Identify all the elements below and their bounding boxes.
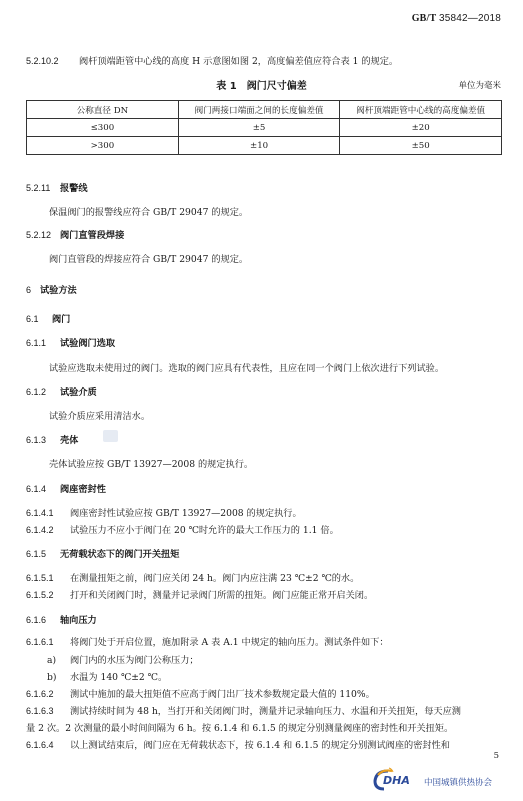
column-header: 阀杆顶端距管中心线的高度偏差值: [340, 101, 502, 119]
clause-number: 6.1.6.3: [26, 706, 70, 716]
clause-number: 6.1.6.2: [26, 689, 70, 699]
column-header: 阀门两接口端面之间的长度偏差值: [178, 101, 340, 119]
column-header: 公称直径 DN: [27, 101, 179, 119]
clause-number: 6.1.5.1: [26, 573, 70, 583]
table-cell: ±50: [340, 137, 502, 155]
dha-logo: DHA 中国城镇供热协会: [372, 767, 512, 793]
clause-6-1-4-1: 6.1.4.1阀座密封性试验应按 GB/T 13927—2008 的规定执行。: [26, 505, 302, 519]
clause-6-1-6-3-cont: 量 2 次。2 次测量的最小时间间隔为 6 h。按 6.1.4 和 6.1.5 …: [26, 720, 453, 734]
heading-title: 轴向压力: [60, 615, 97, 626]
clause-number: 6.1.6.1: [26, 637, 70, 647]
heading-number: 6.1.1: [26, 338, 60, 348]
table-caption: 表 1 阀门尺寸偏差: [0, 77, 523, 92]
clause-text: 测试持续时间为 48 h，当打开和关闭阀门时，测量并记录轴向压力、水温和开关扭矩…: [70, 706, 461, 717]
heading-number: 5.2.12: [26, 230, 60, 240]
clause-6-1-6-1: 6.1.6.1将阀门处于开启位置，施加附录 A 表 A.1 中规定的轴向压力。测…: [26, 634, 389, 648]
table-cell: >300: [27, 137, 179, 155]
logo-org-name: 中国城镇供热协会: [424, 776, 492, 788]
heading-number: 6: [26, 285, 40, 295]
heading-6-1-5: 6.1.5无荷载状态下的阀门开关扭矩: [26, 546, 179, 560]
heading-6-1: 6.1阀门: [26, 311, 70, 325]
clause-number: 6.1.4.2: [26, 525, 70, 535]
page-number: 5: [494, 751, 499, 761]
heading-title: 试验阀门选取: [60, 338, 115, 349]
clause-text: 将阀门处于开启位置，施加附录 A 表 A.1 中规定的轴向压力。测试条件如下：: [70, 637, 389, 648]
clause-6-1-6-4: 6.1.6.4以上测试结束后，阀门应在无荷载状态下，按 6.1.4 和 6.1.…: [26, 737, 450, 751]
list-label: b): [47, 672, 70, 683]
clause-6-1-5-2: 6.1.5.2打开和关闭阀门时，测量并记录阀门所需的扭矩。阀门应能正常开启关闭。: [26, 587, 373, 601]
heading-title: 试验介质: [60, 387, 97, 398]
standard-number: 35842—2018: [439, 13, 501, 24]
heading-number: 6.1.3: [26, 435, 60, 445]
heading-number: 6.1: [26, 314, 52, 324]
heading-6-1-4: 6.1.4阀座密封性: [26, 481, 106, 495]
clause-6-1-5-1: 6.1.5.1在测量扭矩之前，阀门应关闭 24 h。阀门内应注满 23 ℃±2 …: [26, 570, 359, 584]
heading-title: 阀门: [52, 314, 70, 325]
watermark-smudge: [103, 430, 118, 442]
heading-number: 5.2.11: [26, 183, 60, 193]
heading-title: 无荷载状态下的阀门开关扭矩: [60, 549, 179, 560]
clause-number: 5.2.10.2: [26, 56, 79, 66]
clause-5-2-11-text: 保温阀门的报警线应符合 GB/T 29047 的规定。: [49, 204, 248, 218]
table-cell: ±20: [340, 119, 502, 137]
heading-title: 壳体: [60, 435, 78, 446]
heading-number: 6.1.6: [26, 615, 60, 625]
standard-code: GB/T 35842—2018: [412, 13, 501, 24]
clause-6-1-6-2: 6.1.6.2测试中施加的最大扭矩值不应高于阀门出厂技术参数规定最大值的 110…: [26, 686, 375, 700]
list-item-a: a)阀门内的水压为阀门公称压力；: [47, 652, 199, 666]
clause-6-1-1-text: 试验应选取未使用过的阀门。选取的阀门应具有代表性，且应在同一个阀门上依次进行下列…: [49, 360, 444, 374]
heading-title: 阀门直管段焊接: [60, 230, 124, 241]
list-text: 阀门内的水压为阀门公称压力；: [70, 655, 199, 666]
heading-number: 6.1.5: [26, 549, 60, 559]
clause-6-1-4-2: 6.1.4.2试验压力不应小于阀门在 20 ℃时允许的最大工作压力的 1.1 倍…: [26, 522, 339, 536]
list-label: a): [47, 655, 70, 666]
heading-6: 6试验方法: [26, 282, 77, 296]
table-header-row: 公称直径 DN 阀门两接口端面之间的长度偏差值 阀杆顶端距管中心线的高度偏差值: [27, 101, 502, 119]
clause-text: 试验压力不应小于阀门在 20 ℃时允许的最大工作压力的 1.1 倍。: [70, 525, 339, 536]
table-cell: ±5: [178, 119, 340, 137]
heading-number: 6.1.2: [26, 387, 60, 397]
table-row: >300 ±10 ±50: [27, 137, 502, 155]
clause-5-2-10-2: 5.2.10.2阀杆顶端距管中心线的高度 H 示意图如图 2，高度偏差值应符合表…: [26, 53, 398, 67]
list-item-b: b)水温为 140 ℃±2 ℃。: [47, 669, 167, 683]
clause-text: 打开和关闭阀门时，测量并记录阀门所需的扭矩。阀门应能正常开启关闭。: [70, 590, 373, 601]
table-cell: ±10: [178, 137, 340, 155]
heading-title: 阀座密封性: [60, 484, 106, 495]
clause-number: 6.1.4.1: [26, 508, 70, 518]
heading-6-1-1: 6.1.1试验阀门选取: [26, 335, 115, 349]
heading-5-2-12: 5.2.12阀门直管段焊接: [26, 227, 124, 241]
heading-5-2-11: 5.2.11报警线: [26, 180, 88, 194]
table-unit: 单位为毫米: [458, 79, 501, 91]
heading-6-1-2: 6.1.2试验介质: [26, 384, 97, 398]
clause-text: 测试中施加的最大扭矩值不应高于阀门出厂技术参数规定最大值的 110%。: [70, 689, 375, 700]
heading-title: 报警线: [60, 183, 88, 194]
standard-prefix: GB/T: [412, 13, 437, 24]
clause-text: 阀杆顶端距管中心线的高度 H 示意图如图 2，高度偏差值应符合表 1 的规定。: [79, 56, 398, 67]
clause-6-1-3-text: 壳体试验应按 GB/T 13927—2008 的规定执行。: [49, 456, 253, 470]
heading-6-1-3: 6.1.3壳体: [26, 432, 78, 446]
dimension-deviation-table: 公称直径 DN 阀门两接口端面之间的长度偏差值 阀杆顶端距管中心线的高度偏差值 …: [26, 100, 502, 155]
clause-6-1-2-text: 试验介质应采用清洁水。: [49, 408, 150, 422]
clause-number: 6.1.5.2: [26, 590, 70, 600]
clause-number: 6.1.6.4: [26, 740, 70, 750]
heading-number: 6.1.4: [26, 484, 60, 494]
list-text: 水温为 140 ℃±2 ℃。: [70, 672, 167, 683]
clause-5-2-12-text: 阀门直管段的焊接应符合 GB/T 29047 的规定。: [49, 251, 248, 265]
table-cell: ≤300: [27, 119, 179, 137]
clause-6-1-6-3: 6.1.6.3测试持续时间为 48 h，当打开和关闭阀门时，测量并记录轴向压力、…: [26, 703, 461, 717]
heading-6-1-6: 6.1.6轴向压力: [26, 612, 97, 626]
table-row: ≤300 ±5 ±20: [27, 119, 502, 137]
logo-mark: DHA: [383, 774, 410, 787]
clause-text: 以上测试结束后，阀门应在无荷载状态下，按 6.1.4 和 6.1.5 的规定分别…: [70, 740, 450, 751]
heading-title: 试验方法: [40, 285, 77, 296]
clause-text: 阀座密封性试验应按 GB/T 13927—2008 的规定执行。: [70, 508, 302, 519]
clause-text: 在测量扭矩之前，阀门应关闭 24 h。阀门内应注满 23 ℃±2 ℃的水。: [70, 573, 359, 584]
